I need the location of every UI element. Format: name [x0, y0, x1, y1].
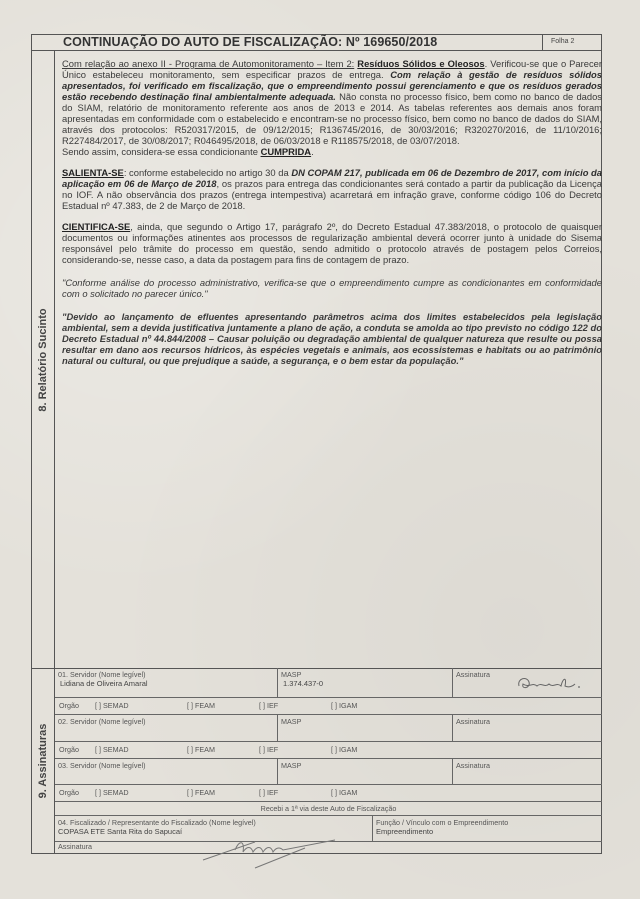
checkbox-igam[interactable]: [ ] IGAM: [331, 701, 357, 710]
item-title: Resíduos Sólidos e Oleosos: [357, 58, 484, 69]
section-label-assinaturas: 9. Assinaturas: [37, 724, 49, 799]
checkbox-semad[interactable]: [ ] SEMAD: [95, 788, 185, 797]
paragraph-cientifica: CIENTIFICA-SE, ainda, que segundo o Arti…: [62, 221, 602, 265]
field-label: Assinatura: [456, 717, 490, 726]
checkbox-igam[interactable]: [ ] IGAM: [331, 788, 357, 797]
field-label: 04. Fiscalizado / Representante do Fisca…: [58, 818, 256, 827]
fiscalizado-signature-row[interactable]: Assinatura: [55, 842, 602, 854]
quote-infracao: "Devido ao lançamento de efluentes apres…: [62, 311, 602, 366]
document-header: CONTINUAÇÃO DO AUTO DE FISCALIZAÇÃO: Nº …: [31, 34, 602, 51]
intro-text: Com relação ao anexo II - Programa de Au…: [62, 58, 354, 69]
checkbox-igam[interactable]: [ ] IGAM: [331, 745, 357, 754]
orgao-label: Orgão: [59, 745, 93, 754]
checkbox-ief[interactable]: [ ] IEF: [259, 701, 329, 710]
checkbox-ief[interactable]: [ ] IEF: [259, 788, 329, 797]
document-title: CONTINUAÇÃO DO AUTO DE FISCALIZAÇÃO: Nº …: [63, 35, 437, 49]
checkbox-feam[interactable]: [ ] FEAM: [187, 745, 257, 754]
field-label: MASP: [281, 717, 301, 726]
servidor-2-signature-cell[interactable]: Assinatura: [452, 715, 602, 741]
text: , ainda, que segundo o Artigo 17, parágr…: [62, 221, 602, 265]
checkbox-semad[interactable]: [ ] SEMAD: [95, 745, 185, 754]
fiscalizado-funcao[interactable]: Empreendimento: [376, 827, 599, 836]
servidor-1-row: 01. Servidor (Nome legível) Lidiana de O…: [55, 668, 602, 698]
servidor-1-signature-cell[interactable]: Assinatura: [452, 668, 602, 697]
signature-icon: [195, 836, 355, 870]
servidor-3-name-cell: 03. Servidor (Nome legível): [55, 759, 277, 784]
fiscalizado-name[interactable]: COPASA ETE Santa Rita do Sapucaí: [58, 827, 369, 836]
page-number: Folha 2: [551, 38, 574, 45]
servidor-2-orgao-row: Orgão [ ] SEMAD [ ] FEAM [ ] IEF [ ] IGA…: [55, 742, 602, 759]
relatorio-content: Com relação ao anexo II - Programa de Au…: [62, 58, 602, 374]
orgao-label: Orgão: [59, 701, 93, 710]
conclusion-text: Sendo assim, considera-se essa condicion…: [62, 146, 261, 157]
field-label: Assinatura: [58, 842, 92, 851]
checkbox-semad[interactable]: [ ] SEMAD: [95, 701, 185, 710]
field-label: 02. Servidor (Nome legível): [58, 717, 145, 726]
servidor-1-masp-cell: MASP 1.374.437-0: [277, 668, 452, 697]
signature-icon: [515, 672, 585, 694]
quote-analise: "Conforme análise do processo administra…: [62, 277, 602, 299]
orgao-selector: Orgão [ ] SEMAD [ ] FEAM [ ] IEF [ ] IGA…: [59, 745, 357, 754]
section-label-relatorio: 8. Relatório Sucinto: [37, 308, 49, 411]
orgao-selector: Orgão [ ] SEMAD [ ] FEAM [ ] IEF [ ] IGA…: [59, 701, 357, 710]
section-relatorio-sidebar: 8. Relatório Sucinto: [31, 51, 55, 668]
orgao-label: Orgão: [59, 788, 93, 797]
field-label: Assinatura: [456, 761, 490, 770]
servidor-3-signature-cell[interactable]: Assinatura: [452, 759, 602, 784]
recebi-text: Recebi a 1ª via deste Auto de Fiscalizaç…: [55, 804, 602, 813]
text: .: [311, 146, 314, 157]
paragraph-salienta: SALIENTA-SE: conforme estabelecido no ar…: [62, 167, 602, 211]
fiscalizado-funcao-cell: Função / Vínculo com o Empreendimento Em…: [372, 816, 602, 841]
servidor-3-orgao-row: Orgão [ ] SEMAD [ ] FEAM [ ] IEF [ ] IGA…: [55, 785, 602, 802]
field-label: Assinatura: [456, 670, 490, 679]
servidor-3-row: 03. Servidor (Nome legível) MASP Assinat…: [55, 759, 602, 785]
servidor-2-row: 02. Servidor (Nome legível) MASP Assinat…: [55, 715, 602, 742]
lead-cientifica: CIENTIFICA-SE: [62, 221, 130, 232]
section-assinaturas-sidebar: 9. Assinaturas: [31, 668, 55, 854]
servidor-3-masp-cell: MASP: [277, 759, 452, 784]
paragraph-residuos: Com relação ao anexo II - Programa de Au…: [62, 58, 602, 157]
field-label: MASP: [281, 761, 301, 770]
text: : conforme estabelecido no artigo 30 da: [124, 167, 292, 178]
checkbox-feam[interactable]: [ ] FEAM: [187, 701, 257, 710]
checkbox-feam[interactable]: [ ] FEAM: [187, 788, 257, 797]
field-label: Função / Vínculo com o Empreendimento: [376, 818, 508, 827]
field-label: MASP: [281, 670, 301, 679]
servidor-1-name[interactable]: Lidiana de Oliveira Amaral: [58, 679, 274, 688]
servidor-1-name-cell: 01. Servidor (Nome legível) Lidiana de O…: [55, 668, 277, 697]
field-label: 03. Servidor (Nome legível): [58, 761, 145, 770]
orgao-selector: Orgão [ ] SEMAD [ ] FEAM [ ] IEF [ ] IGA…: [59, 788, 357, 797]
servidor-2-name-cell: 02. Servidor (Nome legível): [55, 715, 277, 741]
servidor-2-masp-cell: MASP: [277, 715, 452, 741]
servidor-1-masp[interactable]: 1.374.437-0: [281, 679, 449, 688]
lead-salienta: SALIENTA-SE: [62, 167, 124, 178]
divider: [542, 34, 543, 50]
checkbox-ief[interactable]: [ ] IEF: [259, 745, 329, 754]
status-badge: CUMPRIDA: [261, 146, 312, 157]
recebi-row: Recebi a 1ª via deste Auto de Fiscalizaç…: [55, 802, 602, 816]
field-label: 01. Servidor (Nome legível): [58, 670, 145, 679]
servidor-1-orgao-row: Orgão [ ] SEMAD [ ] FEAM [ ] IEF [ ] IGA…: [55, 698, 602, 715]
